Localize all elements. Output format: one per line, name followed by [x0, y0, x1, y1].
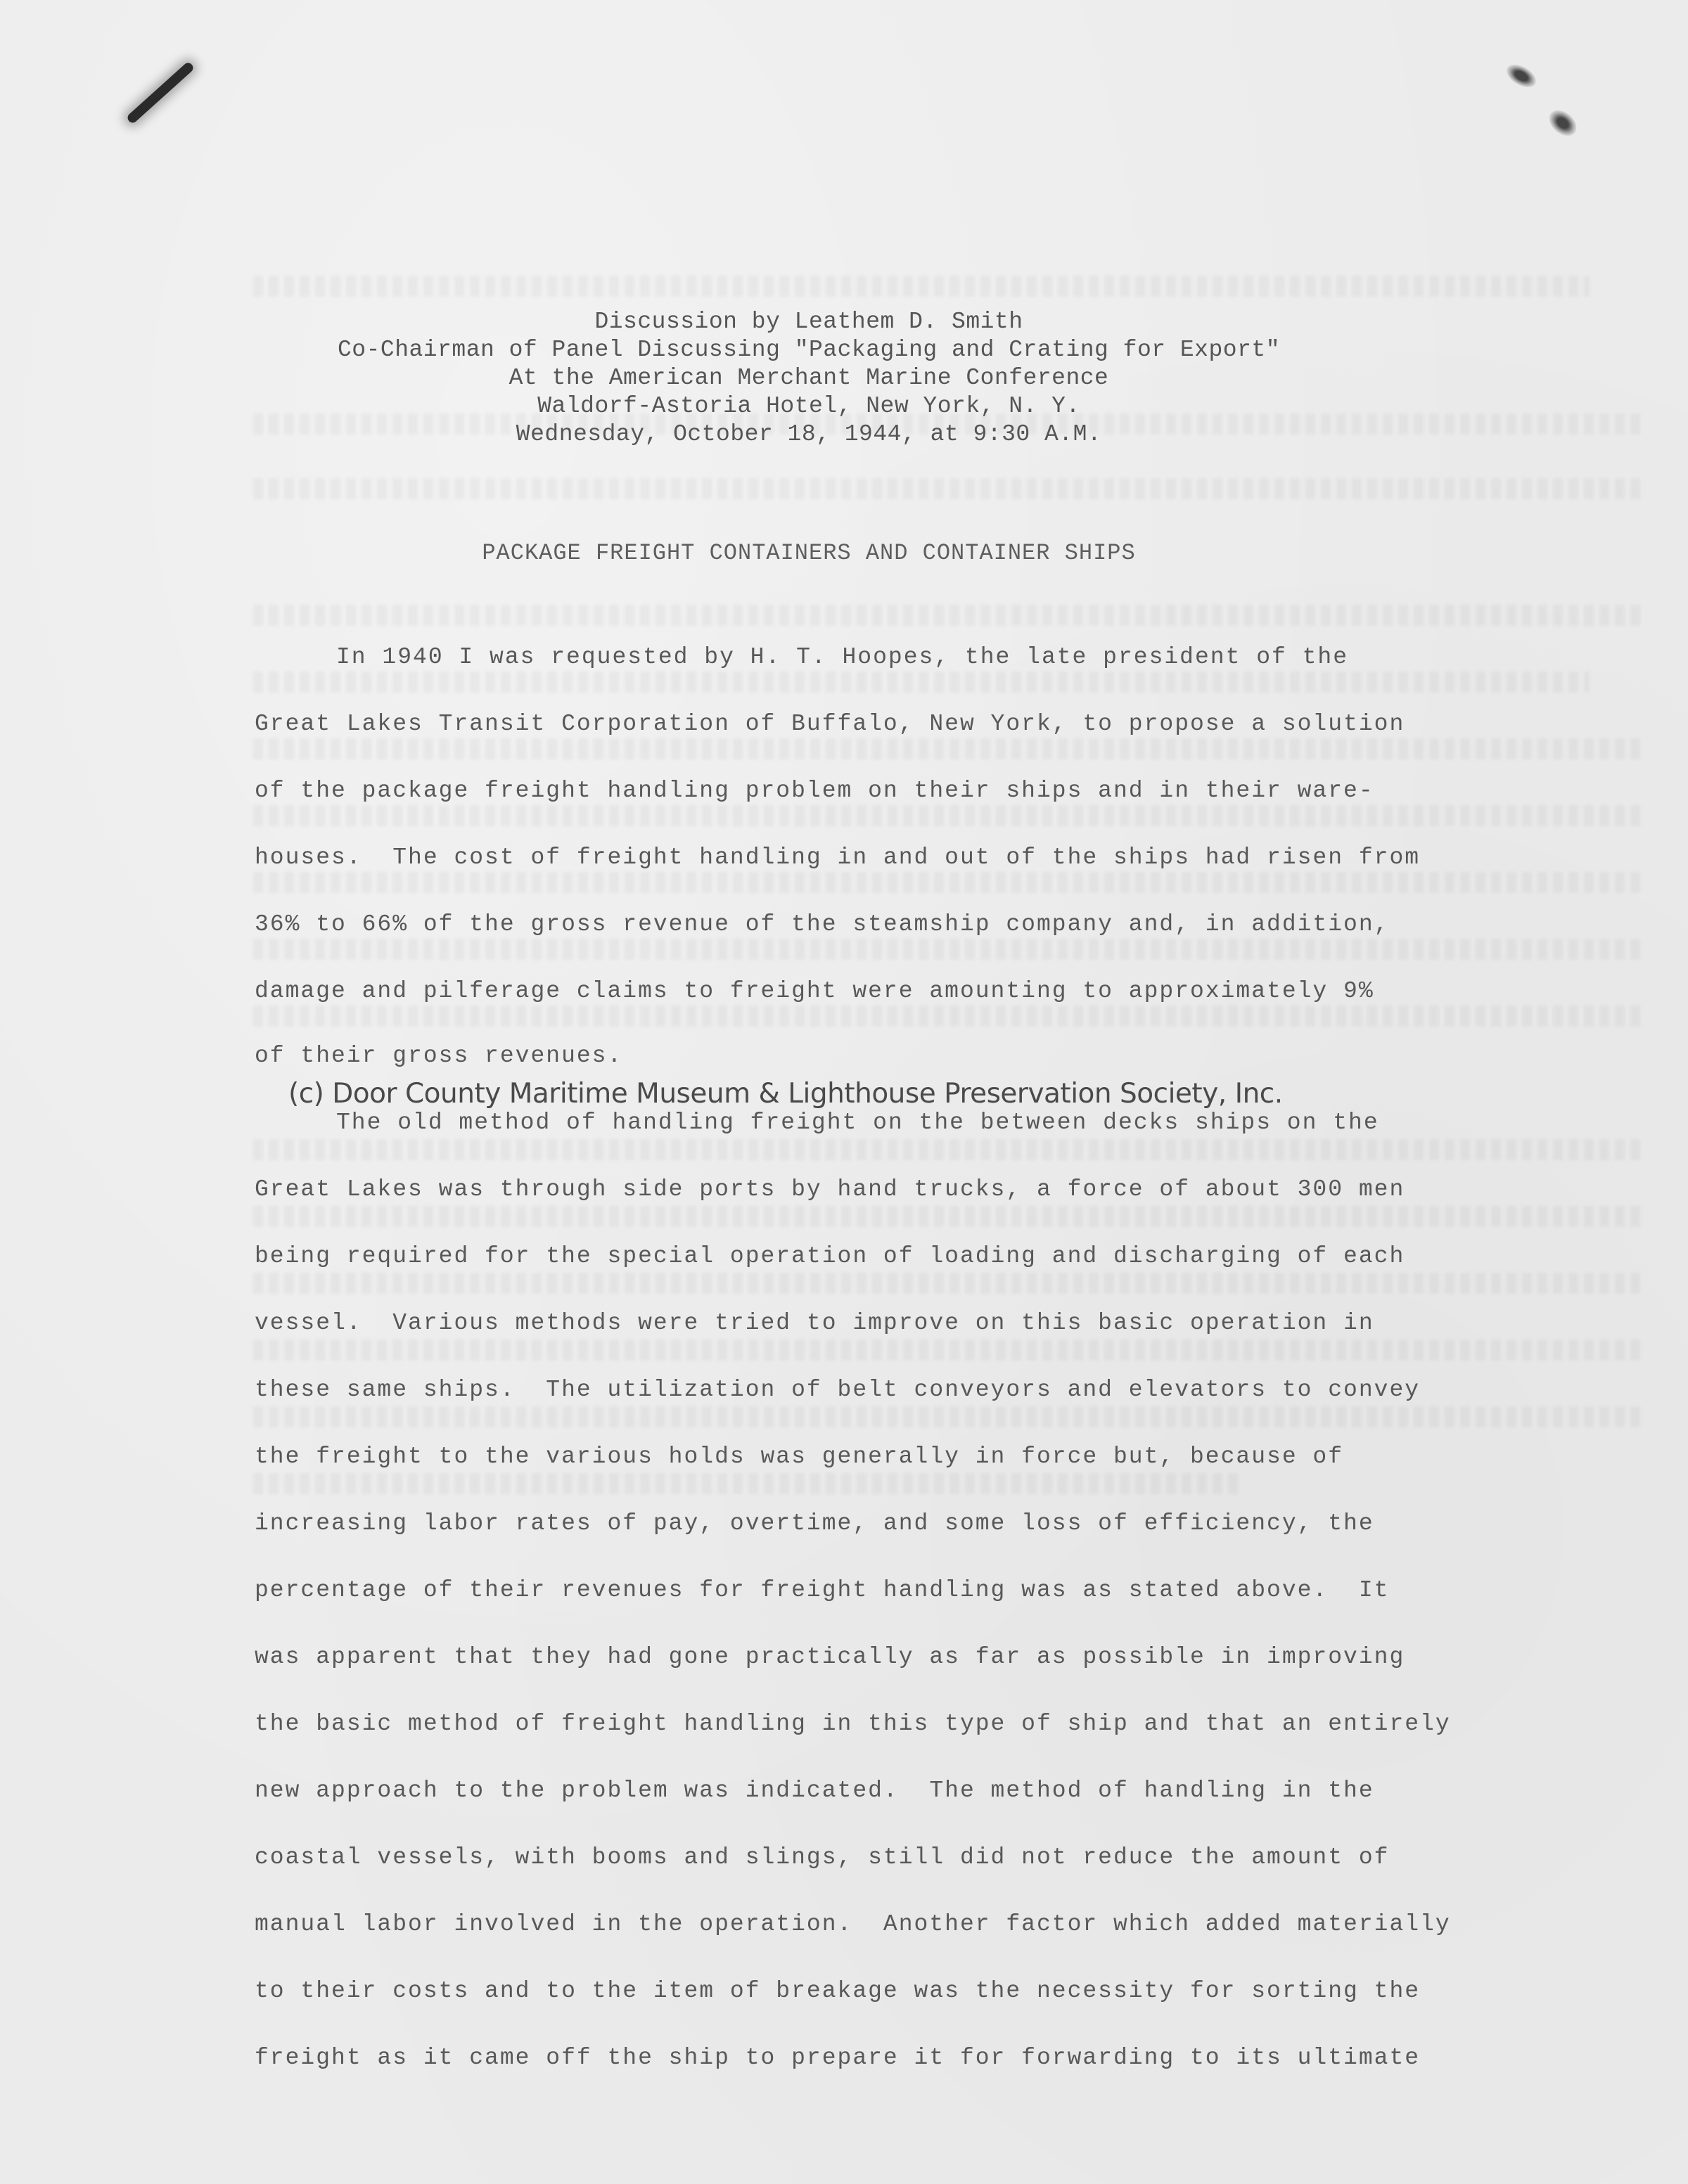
bleed-through-line: [253, 939, 1646, 960]
header-venue-line: Waldorf-Astoria Hotel, New York, N. Y.: [0, 392, 1618, 420]
paragraph-1-line: Great Lakes Transit Corporation of Buffa…: [255, 710, 1405, 738]
bleed-through-line: [253, 872, 1646, 893]
paragraph-2-line: these same ships. The utilization of bel…: [255, 1376, 1420, 1404]
document-header: Discussion by Leathem D. Smith Co-Chairm…: [0, 308, 1618, 449]
bleed-through-line: [253, 738, 1646, 759]
paragraph-2-line: freight as it came off the ship to prepa…: [255, 2044, 1420, 2072]
paragraph-2-line: the freight to the various holds was gen…: [255, 1443, 1343, 1471]
bleed-through-line: [253, 1340, 1646, 1361]
paragraph-2-line: increasing labor rates of pay, overtime,…: [255, 1510, 1374, 1538]
bleed-through-line: [253, 1006, 1646, 1027]
paragraph-1-line: of their gross revenues.: [255, 1042, 622, 1070]
header-date-line: Wednesday, October 18, 1944, at 9:30 A.M…: [0, 420, 1618, 449]
bleed-through-line: [253, 1473, 1238, 1494]
bleed-through-line: [253, 1406, 1646, 1427]
bleed-through-line: [253, 672, 1590, 693]
header-role-line: Co-Chairman of Panel Discussing "Packagi…: [0, 336, 1618, 364]
copyright-watermark: (c) Door County Maritime Museum & Lighth…: [288, 1078, 1283, 1110]
paragraph-2-line: was apparent that they had gone practica…: [255, 1643, 1405, 1671]
bleed-through-line: [253, 276, 1590, 297]
paragraph-2-line: The old method of handling freight on th…: [336, 1109, 1379, 1137]
paragraph-1-line: damage and pilferage claims to freight w…: [255, 977, 1374, 1006]
paragraph-2-line: to their costs and to the item of breaka…: [255, 1977, 1420, 2005]
paragraph-1-line: houses. The cost of freight handling in …: [255, 844, 1420, 872]
paragraph-2-line: being required for the special operation…: [255, 1242, 1405, 1271]
header-conference-line: At the American Merchant Marine Conferen…: [0, 364, 1618, 392]
paragraph-1-line: 36% to 66% of the gross revenue of the s…: [255, 911, 1389, 939]
paragraph-2-line: Great Lakes was through side ports by ha…: [255, 1176, 1405, 1204]
paragraph-1-line: In 1940 I was requested by H. T. Hoopes,…: [336, 643, 1348, 672]
paragraph-2-line: percentage of their revenues for freight…: [255, 1576, 1389, 1605]
bleed-through-line: [253, 1206, 1646, 1227]
paragraph-2-line: new approach to the problem was indicate…: [255, 1777, 1374, 1805]
paragraph-2-line: manual labor involved in the operation. …: [255, 1910, 1451, 1939]
paragraph-2-line: the basic method of freight handling in …: [255, 1710, 1451, 1738]
bleed-through-line: [253, 478, 1646, 499]
document-title: PACKAGE FREIGHT CONTAINERS AND CONTAINER…: [0, 540, 1618, 566]
bleed-through-line: [253, 805, 1646, 826]
bleed-through-line: [253, 1139, 1646, 1160]
paragraph-2-line: coastal vessels, with booms and slings, …: [255, 1844, 1389, 1872]
bleed-through-line: [253, 1273, 1646, 1294]
paragraph-1-line: of the package freight handling problem …: [255, 777, 1374, 805]
header-author-line: Discussion by Leathem D. Smith: [0, 308, 1618, 336]
paragraph-2-line: vessel. Various methods were tried to im…: [255, 1309, 1374, 1337]
bleed-through-line: [253, 605, 1646, 626]
